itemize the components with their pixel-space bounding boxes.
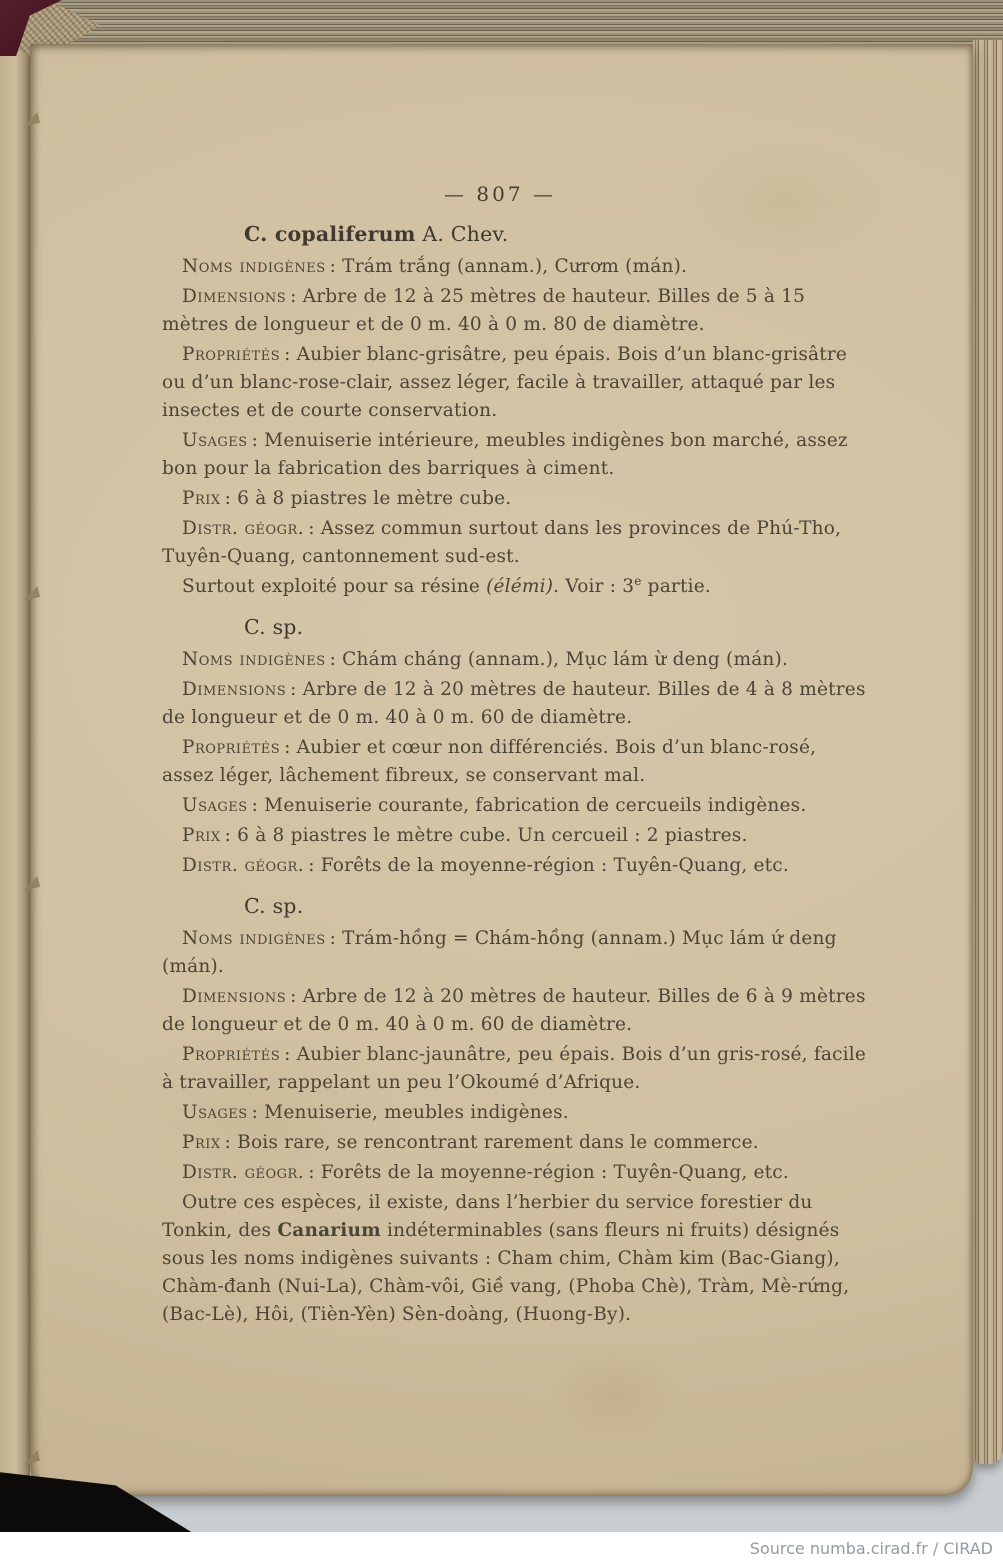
entry-dimensions: Dimensions: Arbre de 12 à 20 mètres de h… bbox=[162, 983, 868, 1039]
note-post: partie. bbox=[642, 576, 711, 597]
entry-label: Propriétés bbox=[182, 737, 280, 758]
entry-label: Prix bbox=[182, 488, 221, 509]
entry-label: Distr. géogr. bbox=[182, 1162, 304, 1183]
entry-label: Dimensions bbox=[182, 286, 286, 307]
page-number: — 807 — bbox=[162, 180, 838, 208]
entry-distr-geogr: Distr. géogr.: Forêts de la moyenne-régi… bbox=[162, 852, 868, 880]
book-page: — 807 — C. copaliferum A. Chev. Noms ind… bbox=[30, 44, 973, 1496]
entry-dimensions: Dimensions: Arbre de 12 à 25 mètres de h… bbox=[162, 283, 868, 339]
entry-label: Noms indigènes bbox=[182, 649, 326, 670]
species-name: C. copaliferum bbox=[244, 222, 416, 246]
note-pre: Surtout exploité pour sa résine bbox=[182, 576, 486, 597]
entry-label: Usages bbox=[182, 1102, 248, 1123]
entry-text: : 6 à 8 piastres le mètre cube. bbox=[225, 488, 512, 509]
source-attribution: Source numba.cirad.fr / CIRAD bbox=[750, 1539, 1003, 1558]
entry-label: Propriétés bbox=[182, 1044, 280, 1065]
entry-noms-indigenes: Noms indigènes: Chám cháng (annam.), Mục… bbox=[162, 646, 868, 674]
species-name: C. sp. bbox=[244, 894, 303, 918]
entry-text: : Bois rare, se rencontrant rarement dan… bbox=[225, 1132, 759, 1153]
entry-text: : Chám cháng (annam.), Mục lám ừ deng (m… bbox=[330, 649, 788, 670]
entry-usages: Usages: Menuiserie, meubles indigènes. bbox=[162, 1099, 868, 1127]
resin-note: Surtout exploité pour sa résine (élémi).… bbox=[162, 573, 868, 601]
resin-name-italic: (élémi) bbox=[486, 576, 553, 597]
entry-prix: Prix: 6 à 8 piastres le mètre cube. Un c… bbox=[162, 822, 868, 850]
entry-dimensions: Dimensions: Arbre de 12 à 20 mètres de h… bbox=[162, 676, 868, 732]
entry-noms-indigenes: Noms indigènes: Trám trắng (annam.), Cưr… bbox=[162, 253, 868, 281]
entry-label: Noms indigènes bbox=[182, 256, 326, 277]
entry-label: Usages bbox=[182, 430, 248, 451]
closing-paragraph: Outre ces espèces, il existe, dans l’her… bbox=[162, 1189, 868, 1329]
entry-prix: Prix: 6 à 8 piastres le mètre cube. bbox=[162, 485, 868, 513]
entry-text: : Trám trắng (annam.), Cưrơm (mán). bbox=[330, 256, 687, 277]
page-text: — 807 — C. copaliferum A. Chev. Noms ind… bbox=[162, 180, 868, 1329]
entry-label: Prix bbox=[182, 825, 221, 846]
entry-text: : Menuiserie, meubles indigènes. bbox=[252, 1102, 569, 1123]
scanned-book-page: — 807 — C. copaliferum A. Chev. Noms ind… bbox=[0, 0, 1003, 1566]
entry-text: : Menuiserie courante, fabrication de ce… bbox=[252, 795, 807, 816]
source-attribution-bar: Source numba.cirad.fr / CIRAD bbox=[0, 1532, 1003, 1566]
species-heading-3: C. sp. bbox=[244, 892, 868, 920]
entry-noms-indigenes: Noms indigènes: Trám-hồng = Chám-hồng (a… bbox=[162, 925, 868, 981]
entry-text: : Forêts de la moyenne-région : Tuyên-Qu… bbox=[308, 855, 789, 876]
entry-usages: Usages: Menuiserie courante, fabrication… bbox=[162, 792, 868, 820]
entry-label: Dimensions bbox=[182, 679, 286, 700]
species-heading-2: C. sp. bbox=[244, 613, 868, 641]
genus-name-bold: Canarium bbox=[277, 1220, 381, 1241]
entry-distr-geogr: Distr. géogr.: Assez commun surtout dans… bbox=[162, 515, 868, 571]
entry-label: Prix bbox=[182, 1132, 221, 1153]
ordinal-superscript: e bbox=[634, 574, 641, 588]
entry-proprietes: Propriétés: Aubier blanc-grisâtre, peu é… bbox=[162, 341, 868, 425]
entry-text: : 6 à 8 piastres le mètre cube. Un cercu… bbox=[225, 825, 748, 846]
book-right-page-edges bbox=[973, 40, 1003, 1464]
entry-text: : Forêts de la moyenne-région : Tuyên-Qu… bbox=[308, 1162, 789, 1183]
species-author: A. Chev. bbox=[422, 222, 508, 246]
entry-prix: Prix: Bois rare, se rencontrant rarement… bbox=[162, 1129, 868, 1157]
entry-label: Distr. géogr. bbox=[182, 518, 304, 539]
entry-distr-geogr: Distr. géogr.: Forêts de la moyenne-régi… bbox=[162, 1159, 868, 1187]
entry-proprietes: Propriétés: Aubier blanc-jaunâtre, peu é… bbox=[162, 1041, 868, 1097]
entry-label: Dimensions bbox=[182, 986, 286, 1007]
species-heading-1: C. copaliferum A. Chev. bbox=[244, 220, 868, 248]
entry-label: Distr. géogr. bbox=[182, 855, 304, 876]
book-top-page-edges bbox=[0, 0, 1003, 48]
entry-label: Noms indigènes bbox=[182, 928, 326, 949]
page-gutter bbox=[0, 28, 30, 1516]
entry-usages: Usages: Menuiserie intérieure, meubles i… bbox=[162, 427, 868, 483]
entry-proprietes: Propriétés: Aubier et cœur non différenc… bbox=[162, 734, 868, 790]
entry-text: : Menuiserie intérieure, meubles indigèn… bbox=[162, 430, 848, 479]
entry-label: Usages bbox=[182, 795, 248, 816]
entry-label: Propriétés bbox=[182, 344, 280, 365]
species-name: C. sp. bbox=[244, 615, 303, 639]
note-mid: . Voir : 3 bbox=[553, 576, 634, 597]
